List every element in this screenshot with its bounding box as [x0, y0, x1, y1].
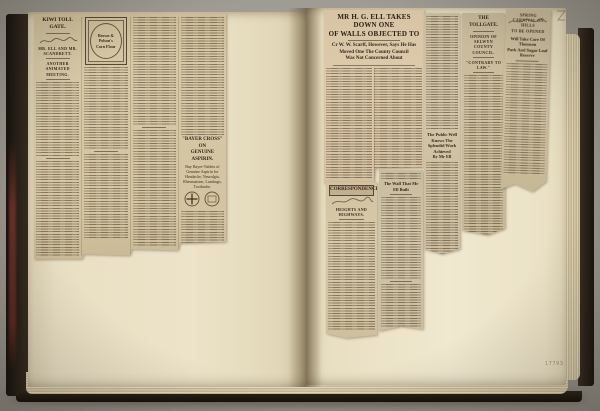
body-text-block [133, 130, 176, 246]
clipping-wall-that-mr-ell-built: The Wall That Mr Ell Built [379, 170, 423, 331]
divider [516, 60, 539, 62]
divider [473, 57, 494, 58]
page-number-mark: 17793 [545, 361, 563, 367]
main-subhead-3: Was Not Concerned About [326, 56, 422, 63]
book-cover-right [578, 28, 594, 386]
body-text-block [36, 82, 79, 156]
divider [390, 194, 412, 195]
body-text-block [426, 16, 458, 130]
clipping-ell-takes-down-wall: MR H. G. ELL TAKES DOWN ONE OF WALLS OBJ… [324, 10, 424, 183]
body-text-block [464, 75, 503, 237]
body-text-block [181, 17, 224, 135]
body-text-block [381, 197, 421, 279]
main-subhead-1: Cr W. W. Scarff, However, Says He Has [326, 43, 422, 50]
aspirin-packet-icon [204, 191, 220, 207]
kiwi-subhead-2: ANOTHER ANIMATED MEETING. [36, 61, 79, 77]
body-text-block [381, 173, 421, 181]
public-well-headline-1: The Public Well Knows The [426, 132, 458, 143]
divider [46, 79, 70, 80]
divider [46, 58, 70, 59]
body-text-block [181, 211, 224, 247]
divider [142, 127, 166, 128]
body-text-block [328, 222, 375, 330]
body-text-block [374, 68, 423, 180]
tollgate-subhead-2: COUNTY COUNCIL. [464, 44, 503, 54]
body-text-block [503, 63, 547, 176]
divider [46, 33, 70, 34]
bayer-ad-headline-1: "BAYER CROSS" ON [181, 137, 224, 150]
body-text-block [84, 154, 127, 238]
divider [94, 151, 118, 152]
body-text-block [381, 284, 421, 328]
divider [473, 72, 494, 73]
carnival-subhead-3: Reserve [507, 52, 548, 59]
body-text-block [84, 67, 127, 149]
book-gutter-shadow [288, 8, 322, 387]
handwritten-note-mark [330, 196, 374, 207]
public-well-headline-2: Splendid Work Achieved [426, 143, 458, 154]
corn-flour-ad-line1: Brown & Polson's [91, 33, 121, 43]
body-text-block [426, 162, 458, 254]
tollgate-subhead-1: OPINION OF SELWYN [464, 34, 503, 44]
divider [339, 219, 365, 220]
divider [333, 65, 415, 66]
clipping-kiwi-toll-gate: KIWI TOLL GATE. MR. ELL AND MR. SCANDRET… [34, 14, 226, 259]
correspondence-subhead: HEIGHTS AND HIGHWAYS. [328, 207, 375, 217]
tollgate-headline: THE TOLLGATE. [464, 16, 503, 29]
public-well-headline-3: By Mr Ell [426, 154, 458, 160]
tollgate-subhead-3: "CONTRARY TO LAW." [464, 60, 503, 70]
body-text-block [36, 161, 79, 257]
kiwi-subhead-1: MR. ELL AND MR. SCANDRETT. [36, 46, 79, 56]
main-headline-1: MR H. G. ELL TAKES DOWN ONE [326, 13, 422, 30]
carnival-headline-2: TO BE OPENED [507, 28, 548, 34]
corn-flour-ad-oval: Brown & Polson's Corn Flour [90, 23, 122, 59]
handwritten-date-mark [38, 36, 78, 46]
body-text-block [326, 68, 372, 180]
bayer-cross-icon [184, 191, 200, 207]
corn-flour-ad-line2: Corn Flour [91, 44, 121, 49]
correspondence-headline: CORRESPONDENCE. [329, 185, 374, 196]
kiwi-column-2: Brown & Polson's Corn Flour [81, 17, 127, 256]
divider [46, 158, 70, 159]
kiwi-column-1: KIWI TOLL GATE. MR. ELL AND MR. SCANDRET… [36, 17, 79, 256]
bayer-aspirin-ad: "BAYER CROSS" ON GENUINE ASPIRIN. Buy Ba… [181, 135, 224, 209]
divider [390, 281, 412, 282]
divider [473, 31, 494, 32]
divider [348, 40, 401, 41]
bayer-ad-body: Buy Bayer-Tablets of Genuine Aspirin for… [181, 164, 224, 189]
main-headline-2: OF WALLS OBJECTED TO [326, 30, 422, 38]
kiwi-column-4: "BAYER CROSS" ON GENUINE ASPIRIN. Buy Ba… [178, 17, 224, 256]
corn-flour-ad: Brown & Polson's Corn Flour [85, 17, 126, 65]
clipping-public-well-knows: The Public Well Knows The Splendid Work … [424, 13, 460, 254]
clipping-the-tollgate: THE TOLLGATE. OPINION OF SELWYN COUNTY C… [462, 13, 505, 235]
kiwi-headline: KIWI TOLL GATE. [36, 17, 79, 31]
bayer-ad-headline-2: GENUINE ASPIRIN. [181, 150, 224, 163]
wall-built-headline: The Wall That Mr Ell Built [381, 181, 421, 192]
scrapbook-photo: KIWI TOLL GATE. MR. ELL AND MR. SCANDRET… [0, 0, 600, 411]
handwritten-date-mark [508, 17, 548, 26]
book-cover-red-band [9, 140, 16, 370]
body-text-block [133, 17, 176, 125]
clipping-correspondence: CORRESPONDENCE. HEIGHTS AND HIGHWAYS. [326, 182, 377, 338]
clipping-spring-carnival: SPRING CARNIVAL ON HILLS TO BE OPENED Wi… [501, 9, 551, 192]
corner-pencil-mark [554, 8, 568, 24]
kiwi-column-3 [130, 17, 176, 256]
